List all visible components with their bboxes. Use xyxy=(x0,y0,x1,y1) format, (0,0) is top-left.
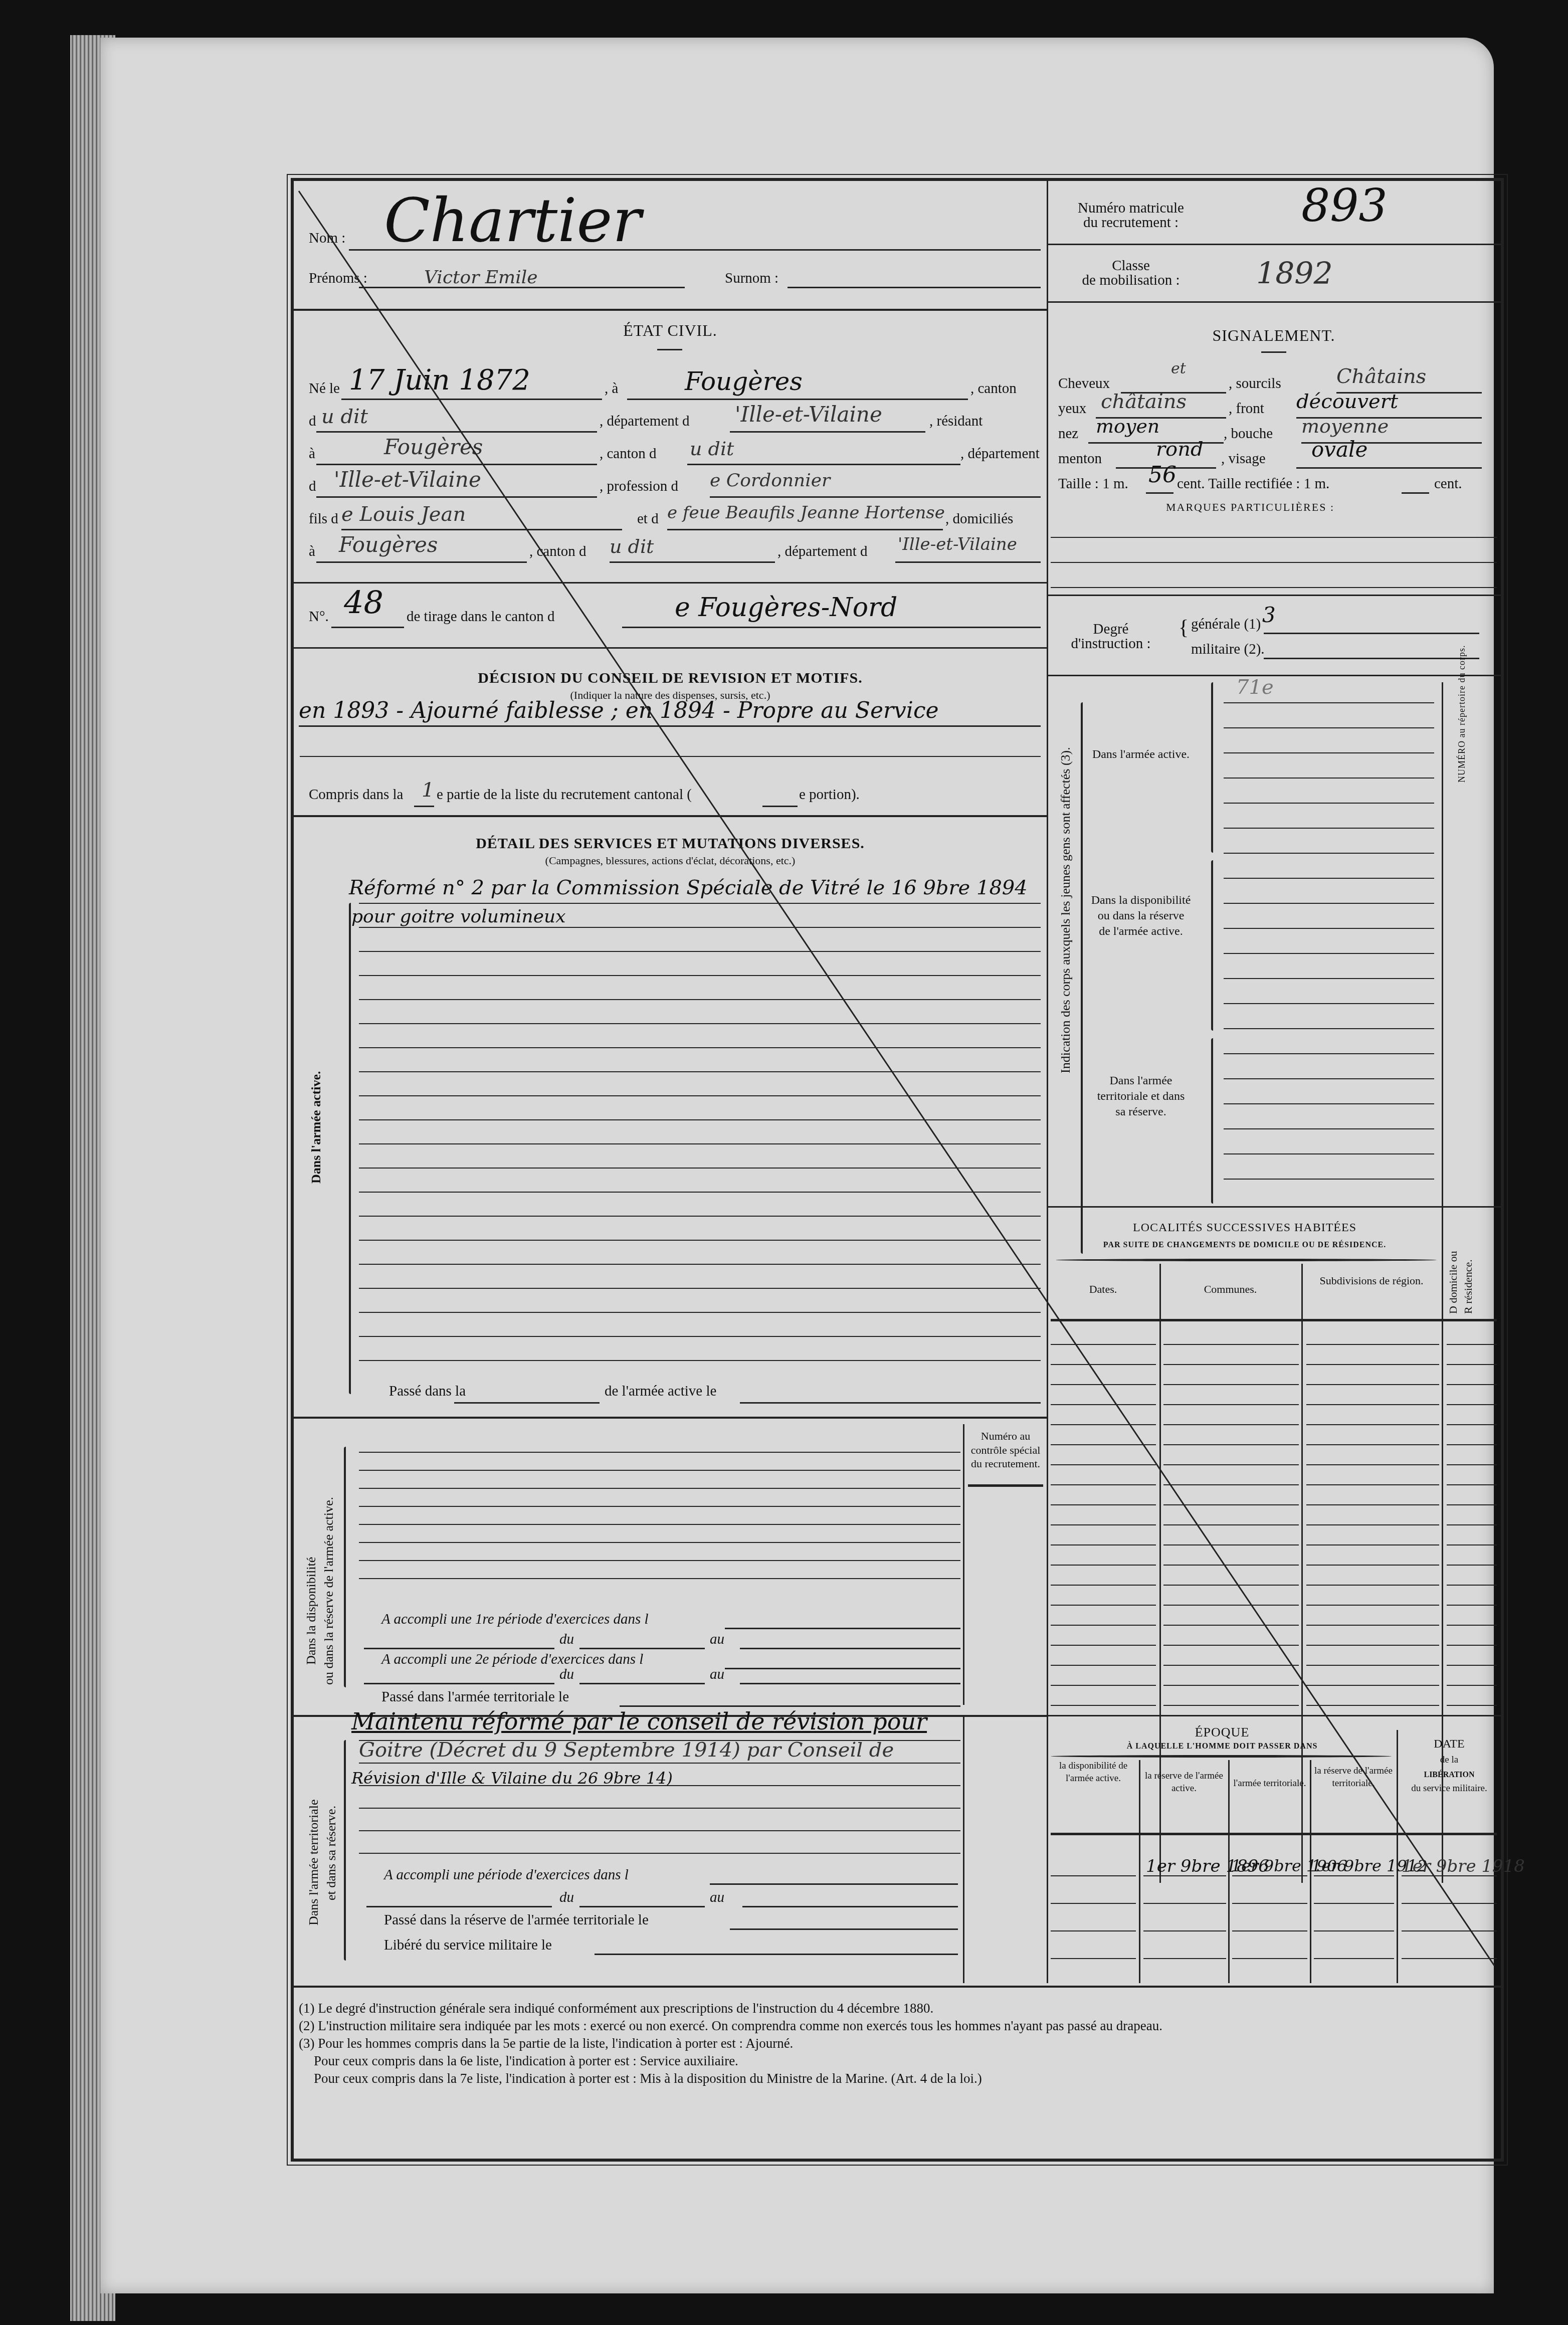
canton-value: u dit xyxy=(321,407,368,427)
periode-2-corps-field[interactable] xyxy=(364,1665,554,1684)
ruled-line[interactable] xyxy=(359,903,1041,904)
ruled-line[interactable] xyxy=(1224,1179,1434,1180)
ruled-line[interactable] xyxy=(1306,1565,1439,1566)
instruction-militaire-label: militaire (2). xyxy=(1191,642,1265,657)
ruled-line[interactable] xyxy=(1163,1424,1299,1425)
ruled-line[interactable] xyxy=(1224,928,1434,929)
ruled-line[interactable] xyxy=(1051,1705,1156,1706)
ruled-line[interactable] xyxy=(1163,1544,1299,1545)
ruled-line[interactable] xyxy=(1306,1524,1439,1525)
detail-services-title: DÉTAIL DES SERVICES ET MUTATIONS DIVERSE… xyxy=(294,835,1047,852)
taille-label: Taille : 1 m. xyxy=(1058,477,1128,491)
ruled-line[interactable] xyxy=(1402,1903,1497,1904)
ruled-line[interactable] xyxy=(1163,1404,1299,1405)
ruled-line[interactable] xyxy=(1306,1605,1439,1606)
mother-value: e feue Beaufils Jeanne Hortense xyxy=(667,504,945,521)
ruled-line[interactable] xyxy=(1232,1875,1307,1876)
ruled-line[interactable] xyxy=(359,1808,960,1809)
ruled-line[interactable] xyxy=(1447,1404,1497,1405)
libere-field[interactable] xyxy=(595,1935,958,1955)
ruled-line[interactable] xyxy=(1447,1364,1497,1365)
ruled-line[interactable] xyxy=(1402,1958,1497,1959)
ruled-line[interactable] xyxy=(359,1560,960,1561)
ruled-line[interactable] xyxy=(1232,1903,1307,1904)
ruled-line[interactable] xyxy=(1306,1364,1439,1365)
ruled-line[interactable] xyxy=(1224,1078,1434,1079)
ruled-line[interactable] xyxy=(1224,953,1434,954)
epoque-subtitle: À LAQUELLE L'HOMME DOIT PASSER DANS xyxy=(1047,1742,1398,1751)
yeux-value: châtains xyxy=(1101,392,1187,412)
marques-line[interactable] xyxy=(1051,537,1497,538)
ruled-line[interactable] xyxy=(359,1452,960,1453)
periode-field[interactable] xyxy=(710,1865,958,1885)
ruled-line[interactable] xyxy=(1051,1625,1156,1626)
ruled-line[interactable] xyxy=(1306,1585,1439,1586)
services-line-1: Réformé n° 2 par la Commission Spéciale … xyxy=(349,878,1028,898)
visage-value: ovale xyxy=(1311,439,1367,460)
ruled-line[interactable] xyxy=(1051,1384,1156,1385)
ruled-line[interactable] xyxy=(359,1542,960,1543)
birthplace-value: Fougères xyxy=(685,369,803,394)
canton-label: , canton xyxy=(970,381,1017,396)
a-label: à xyxy=(309,544,315,559)
territoriale-side-label-1: Dans l'armée territoriale xyxy=(306,1799,321,1925)
instruction-generale-field[interactable] xyxy=(1264,615,1479,634)
periode-1-corps-field[interactable] xyxy=(364,1630,554,1649)
ruled-line[interactable] xyxy=(1163,1685,1299,1686)
instruction-label: Degréd'instruction : xyxy=(1061,622,1161,651)
ruled-line[interactable] xyxy=(359,1071,1041,1072)
ruled-line[interactable] xyxy=(359,1023,1041,1024)
ruled-line[interactable] xyxy=(1051,1565,1156,1566)
periode-label: A accompli une période d'exercices dans … xyxy=(384,1868,629,1882)
ruled-line[interactable] xyxy=(359,1360,1041,1361)
nez-value: moyen xyxy=(1096,417,1159,436)
sourcils-label: , sourcils xyxy=(1229,376,1281,391)
ruled-line[interactable] xyxy=(359,1830,960,1831)
ruled-line[interactable] xyxy=(1224,828,1434,829)
ruled-line[interactable] xyxy=(1306,1544,1439,1545)
periode-corps-field[interactable] xyxy=(366,1888,552,1907)
numero-tirage-label: N°. xyxy=(309,610,329,624)
ruled-line[interactable] xyxy=(359,1506,960,1507)
ruled-line[interactable] xyxy=(1224,878,1434,879)
profession-label: , profession d xyxy=(600,479,678,494)
disponibilite-side-label-2: ou dans la réserve de l'armée active. xyxy=(321,1497,336,1685)
brace xyxy=(1211,860,1213,1031)
residence-value: Fougères xyxy=(384,437,483,458)
brace-rule xyxy=(1051,1755,1392,1758)
ruled-line[interactable] xyxy=(1051,1344,1156,1345)
ruled-line[interactable] xyxy=(1051,1364,1156,1365)
birth-date-value: 17 Juin 1872 xyxy=(349,366,530,395)
ruled-line[interactable] xyxy=(1314,1930,1394,1931)
ruled-line[interactable] xyxy=(1163,1705,1299,1706)
ruled-line[interactable] xyxy=(1163,1665,1299,1666)
ruled-line[interactable] xyxy=(1163,1625,1299,1626)
ruled-line[interactable] xyxy=(359,1524,960,1525)
corps-disponibilite-label: Dans la disponibilité ou dans la réserve… xyxy=(1091,893,1191,940)
detail-services-subtitle: (Campagnes, blessures, actions d'éclat, … xyxy=(294,855,1047,866)
tirage-label: de tirage dans le canton d xyxy=(407,610,555,624)
epoque-col-reserve-active: la réserve de l'armée active. xyxy=(1141,1770,1227,1795)
ruled-line[interactable] xyxy=(1051,1930,1136,1931)
epoque-title: ÉPOQUE xyxy=(1047,1725,1398,1740)
ruled-line[interactable] xyxy=(359,1143,1041,1144)
d-label: d xyxy=(309,479,316,494)
ruled-line[interactable] xyxy=(1447,1565,1497,1566)
ruled-line[interactable] xyxy=(359,1264,1041,1265)
passe-reserve-field[interactable] xyxy=(730,1910,958,1930)
departement-label: , département d xyxy=(600,414,690,429)
divider xyxy=(294,1417,1047,1419)
periode-2-au-field[interactable] xyxy=(740,1665,960,1684)
surnom-label: Surnom : xyxy=(725,271,778,286)
ruled-line[interactable] xyxy=(1163,1605,1299,1606)
ruled-line[interactable] xyxy=(1163,1344,1299,1345)
ruled-line[interactable] xyxy=(1051,1645,1156,1646)
ruled-line[interactable] xyxy=(1224,778,1434,779)
decision-title: DÉCISION DU CONSEIL DE REVISION ET MOTIF… xyxy=(294,670,1047,687)
ruled-line[interactable] xyxy=(1051,1484,1156,1485)
decision-value: en 1893 - Ajourné faiblesse ; en 1894 - … xyxy=(299,700,939,722)
ruled-line[interactable] xyxy=(1402,1875,1497,1876)
taille-rectifiee-field[interactable] xyxy=(1402,474,1429,494)
ruled-line[interactable] xyxy=(1306,1484,1439,1485)
ruled-line[interactable] xyxy=(359,1047,1041,1048)
ruled-line[interactable] xyxy=(359,1470,960,1471)
portion-field[interactable] xyxy=(762,788,798,807)
ruled-line[interactable] xyxy=(1306,1404,1439,1405)
corps-territoriale-label: Dans l'armée territoriale et dans sa rés… xyxy=(1091,1073,1191,1120)
territoriale-line-3: Révision d'Ille & Vilaine du 26 9bre 14) xyxy=(351,1770,673,1786)
nom-label: Nom : xyxy=(309,231,345,246)
ruled-line[interactable] xyxy=(1224,903,1434,904)
ruled-line[interactable] xyxy=(359,1288,1041,1289)
ruled-line[interactable] xyxy=(1163,1384,1299,1385)
ruled-line[interactable] xyxy=(1447,1605,1497,1606)
ruled-line[interactable] xyxy=(1051,1524,1156,1525)
passe-field[interactable] xyxy=(454,1384,600,1404)
ruled-line[interactable] xyxy=(1447,1504,1497,1505)
ruled-line[interactable] xyxy=(1224,1053,1434,1054)
d-label: d xyxy=(309,414,316,429)
footnote-3: (3) Pour les hommes compris dans la 5e p… xyxy=(299,2036,793,2051)
visage-label: , visage xyxy=(1221,452,1266,466)
divider xyxy=(1047,1206,1501,1208)
ruled-line[interactable] xyxy=(1224,702,1434,703)
ruled-line[interactable] xyxy=(1314,1875,1394,1876)
ruled-line[interactable] xyxy=(1447,1544,1497,1545)
ruled-line[interactable] xyxy=(1402,1930,1497,1931)
epoque-col-divider xyxy=(1139,1760,1140,1983)
localites-subtitle: PAR SUITE DE CHANGEMENTS DE DOMICILE OU … xyxy=(1047,1241,1443,1249)
residence-departement-value: 'Ille-et-Vilaine xyxy=(334,469,481,490)
ruled-line[interactable] xyxy=(1143,1958,1226,1959)
footnote-1: (1) Le degré d'instruction générale sera… xyxy=(299,2001,933,2016)
ruled-line[interactable] xyxy=(1224,978,1434,979)
ruled-line[interactable] xyxy=(1232,1930,1307,1931)
ruled-line[interactable] xyxy=(1163,1504,1299,1505)
title-rule xyxy=(657,349,682,350)
passe-reserve-label: Passé dans la réserve de l'armée territo… xyxy=(384,1913,649,1927)
ruled-line[interactable] xyxy=(359,1853,960,1854)
ruled-line[interactable] xyxy=(359,1168,1041,1169)
ne-le-label: Né le xyxy=(309,381,340,396)
et-label: et d xyxy=(637,512,659,526)
etat-civil-title: ÉTAT CIVIL. xyxy=(294,321,1047,340)
disponibilite-side-label-1: Dans la disponibilité xyxy=(304,1557,319,1665)
brace xyxy=(1211,682,1213,853)
ruled-line[interactable] xyxy=(359,1312,1041,1313)
surnom-field[interactable] xyxy=(788,269,1041,288)
departement-label: , département d xyxy=(777,544,868,559)
matricule-label: Numéro matriculedu recrutement : xyxy=(1056,201,1206,230)
ruled-line[interactable] xyxy=(1314,1958,1394,1959)
periode-du-field[interactable] xyxy=(579,1888,705,1907)
parents-residence-value: Fougères xyxy=(339,534,438,555)
compris-label-2: e partie de la liste du recrutement cant… xyxy=(437,788,692,802)
ruled-line[interactable] xyxy=(359,1095,1041,1096)
ruled-line[interactable] xyxy=(1163,1464,1299,1465)
ruled-line[interactable] xyxy=(1051,1504,1156,1505)
marques-line[interactable] xyxy=(1051,562,1497,563)
brace-rule xyxy=(1056,1259,1437,1261)
ruled-line[interactable] xyxy=(1447,1645,1497,1646)
ruled-line[interactable] xyxy=(1143,1903,1226,1904)
col-communes: Communes. xyxy=(1159,1284,1301,1295)
territoriale-side-label-2: et dans sa réserve. xyxy=(324,1806,339,1900)
periode-1-field[interactable] xyxy=(725,1610,960,1629)
ruled-line[interactable] xyxy=(1051,1875,1136,1876)
ruled-line[interactable] xyxy=(1051,1464,1156,1465)
ruled-line[interactable] xyxy=(1447,1685,1497,1686)
ruled-line[interactable] xyxy=(1224,1103,1434,1104)
du-label: du xyxy=(559,1667,574,1682)
au-label: au xyxy=(710,1632,724,1647)
epoque-col-disponibilite: la disponibilité de l'armée active. xyxy=(1048,1760,1138,1785)
periode-au-field[interactable] xyxy=(742,1888,958,1907)
brace xyxy=(344,1447,346,1687)
ruled-line[interactable] xyxy=(1306,1444,1439,1445)
canton-label: , canton d xyxy=(600,447,657,461)
yeux-label: yeux xyxy=(1058,402,1086,416)
nez-label: nez xyxy=(1058,427,1078,441)
footnote-3b: Pour ceux compris dans la 6e liste, l'in… xyxy=(314,2053,738,2069)
corps-active-label: Dans l'armée active. xyxy=(1091,747,1191,762)
ruled-line[interactable] xyxy=(1447,1444,1497,1445)
brace xyxy=(349,903,351,1394)
ruled-line[interactable] xyxy=(359,951,1041,952)
periode-1-au-field[interactable] xyxy=(740,1630,960,1649)
ruled-line[interactable] xyxy=(1306,1464,1439,1465)
ruled-line[interactable] xyxy=(1143,1930,1226,1931)
armee-active-date-field[interactable] xyxy=(740,1384,1041,1404)
ruled-line[interactable] xyxy=(1163,1565,1299,1566)
ruled-line[interactable] xyxy=(359,1785,960,1786)
a-label: , à xyxy=(605,381,618,396)
ruled-line[interactable] xyxy=(1051,1585,1156,1586)
ruled-line[interactable] xyxy=(1447,1424,1497,1425)
blank-line xyxy=(300,756,1041,757)
ruled-line[interactable] xyxy=(1224,1153,1434,1154)
ruled-line[interactable] xyxy=(1163,1484,1299,1485)
ruled-line[interactable] xyxy=(359,1336,1041,1337)
prenoms-value: Victor Emile xyxy=(424,269,538,287)
services-line-2: pour goitre volumineux xyxy=(351,908,566,926)
epoque-col-territoriale: l'armée territoriale. xyxy=(1230,1778,1309,1790)
ruled-line[interactable] xyxy=(359,1740,960,1741)
ruled-line[interactable] xyxy=(1306,1645,1439,1646)
cheveux-label: Cheveux xyxy=(1058,376,1110,391)
ruled-line[interactable] xyxy=(1447,1344,1497,1345)
ruled-line[interactable] xyxy=(1306,1705,1439,1706)
ruled-line[interactable] xyxy=(1143,1875,1226,1876)
divider xyxy=(294,582,1047,584)
sourcils-value: Châtains xyxy=(1336,366,1426,386)
territoriale-line-2: Goitre (Décret du 9 Septembre 1914) par … xyxy=(359,1740,894,1760)
ruled-line[interactable] xyxy=(1447,1625,1497,1626)
brace xyxy=(1081,702,1083,1254)
ruled-line[interactable] xyxy=(359,927,1041,928)
ruled-line[interactable] xyxy=(1051,1665,1156,1666)
localites-title: LOCALITÉS SUCCESSIVES HABITÉES xyxy=(1047,1221,1443,1235)
col-subdivisions: Subdivisions de région. xyxy=(1304,1274,1439,1288)
taille-value: 56 xyxy=(1148,464,1177,486)
ruled-line[interactable] xyxy=(1224,1003,1434,1004)
ruled-line[interactable] xyxy=(1051,1404,1156,1405)
column-divider xyxy=(1047,181,1048,1983)
bouche-label: , bouche xyxy=(1224,427,1273,441)
ruled-line[interactable] xyxy=(1163,1585,1299,1586)
ruled-line[interactable] xyxy=(359,1192,1041,1193)
profession-value: e Cordonnier xyxy=(710,472,830,490)
bouche-value: moyenne xyxy=(1301,417,1389,436)
du-label: du xyxy=(559,1890,574,1905)
epoque-col-reserve-territoriale: la réserve de l'armée territoriale. xyxy=(1311,1765,1396,1790)
ruled-line[interactable] xyxy=(1051,1958,1136,1959)
date-liberation: 1er 9bre 1918 xyxy=(1402,1858,1525,1875)
departement-value: 'Ille-et-Vilaine xyxy=(735,404,882,425)
ruled-line[interactable] xyxy=(1306,1424,1439,1425)
ruled-line[interactable] xyxy=(1224,803,1434,804)
father-value: e Louis Jean xyxy=(341,504,466,524)
taille-cent-label: cent. Taille rectifiée : 1 m. xyxy=(1177,477,1329,491)
front-value: découvert xyxy=(1296,392,1398,412)
divider xyxy=(1047,675,1501,676)
ruled-line[interactable] xyxy=(1224,853,1434,854)
divider xyxy=(1047,244,1501,245)
ruled-line[interactable] xyxy=(1447,1705,1497,1706)
classe-label: Classede mobilisation : xyxy=(1056,259,1206,288)
ruled-line[interactable] xyxy=(1447,1464,1497,1465)
ruled-line[interactable] xyxy=(359,1119,1041,1120)
residant-label: , résidant xyxy=(929,414,983,429)
ruled-line[interactable] xyxy=(1051,1424,1156,1425)
ruled-line[interactable] xyxy=(359,1488,960,1489)
ruled-line[interactable] xyxy=(1447,1524,1497,1525)
divider xyxy=(1047,595,1501,596)
ruled-line[interactable] xyxy=(1051,1903,1136,1904)
ruled-line[interactable] xyxy=(359,1240,1041,1241)
divider xyxy=(294,647,1047,649)
ruled-line[interactable] xyxy=(1224,1028,1434,1029)
ruled-line[interactable] xyxy=(1163,1444,1299,1445)
ruled-line[interactable] xyxy=(359,1216,1041,1217)
divider xyxy=(294,309,1047,311)
ruled-line[interactable] xyxy=(359,975,1041,976)
ruled-line[interactable] xyxy=(359,999,1041,1000)
brace-glyph: { xyxy=(1179,617,1189,638)
compris-label: Compris dans la xyxy=(309,788,404,802)
ruled-line[interactable] xyxy=(359,1578,960,1579)
divider xyxy=(1047,301,1501,303)
ruled-line[interactable] xyxy=(1163,1524,1299,1525)
ruled-line[interactable] xyxy=(1314,1903,1394,1904)
menton-value: rond xyxy=(1156,439,1204,459)
ruled-line[interactable] xyxy=(359,1763,960,1764)
ruled-line[interactable] xyxy=(1163,1364,1299,1365)
marques-label: MARQUES PARTICULIÈRES : xyxy=(1166,502,1334,513)
header-rule xyxy=(968,1484,1043,1487)
instruction-militaire-field[interactable] xyxy=(1264,640,1479,659)
ruled-line[interactable] xyxy=(1447,1484,1497,1485)
periode-2-du-field[interactable] xyxy=(579,1665,705,1684)
corps-side-label: Indication des corps auxquels les jeunes… xyxy=(1058,747,1073,1073)
ruled-line[interactable] xyxy=(1232,1958,1307,1959)
a-label: à xyxy=(309,447,315,461)
ruled-line[interactable] xyxy=(1051,1685,1156,1686)
corps-active-value: 71e xyxy=(1236,677,1274,697)
header-rule xyxy=(1051,1833,1497,1835)
brace xyxy=(1211,1038,1213,1204)
ruled-line[interactable] xyxy=(1306,1625,1439,1626)
ruled-line[interactable] xyxy=(1306,1384,1439,1385)
header-rule xyxy=(1051,1319,1497,1321)
ruled-line[interactable] xyxy=(1306,1685,1439,1686)
ruled-line[interactable] xyxy=(1447,1585,1497,1586)
divider xyxy=(294,1986,1501,1988)
ruled-line[interactable] xyxy=(1163,1645,1299,1646)
portion-label: e portion). xyxy=(799,788,860,802)
ruled-line[interactable] xyxy=(1447,1384,1497,1385)
ruled-line[interactable] xyxy=(1051,1544,1156,1545)
ruled-line[interactable] xyxy=(1447,1665,1497,1666)
front-label: , front xyxy=(1229,402,1264,416)
numero-column-divider xyxy=(963,1424,964,1705)
periode-1-du-field[interactable] xyxy=(579,1630,705,1649)
divider xyxy=(294,815,1047,817)
libere-label: Libéré du service militaire le xyxy=(384,1938,552,1953)
armee-active-side-label: Dans l'armée active. xyxy=(309,1071,324,1184)
ruled-line[interactable] xyxy=(1306,1665,1439,1666)
ruled-line[interactable] xyxy=(1051,1605,1156,1606)
ruled-line[interactable] xyxy=(1224,752,1434,753)
ruled-line[interactable] xyxy=(1051,1444,1156,1445)
parents-departement-value: 'Ille-et-Vilaine xyxy=(898,536,1017,553)
tirage-canton-value: e Fougères-Nord xyxy=(675,595,897,621)
marques-line[interactable] xyxy=(1051,587,1497,588)
ruled-line[interactable] xyxy=(1224,1128,1434,1129)
matricule-value: 893 xyxy=(1301,183,1388,229)
passe-territoriale-field[interactable] xyxy=(620,1687,960,1707)
ruled-line[interactable] xyxy=(1306,1504,1439,1505)
matricule-form: Nom : Chartier Prénoms : Victor Emile Su… xyxy=(291,178,1504,2162)
ruled-line[interactable] xyxy=(1306,1344,1439,1345)
territoriale-line-1: Maintenu réformé par le conseil de révis… xyxy=(351,1710,927,1733)
residence-side-label: R résidence. xyxy=(1462,1259,1475,1314)
ruled-line[interactable] xyxy=(1224,727,1434,728)
